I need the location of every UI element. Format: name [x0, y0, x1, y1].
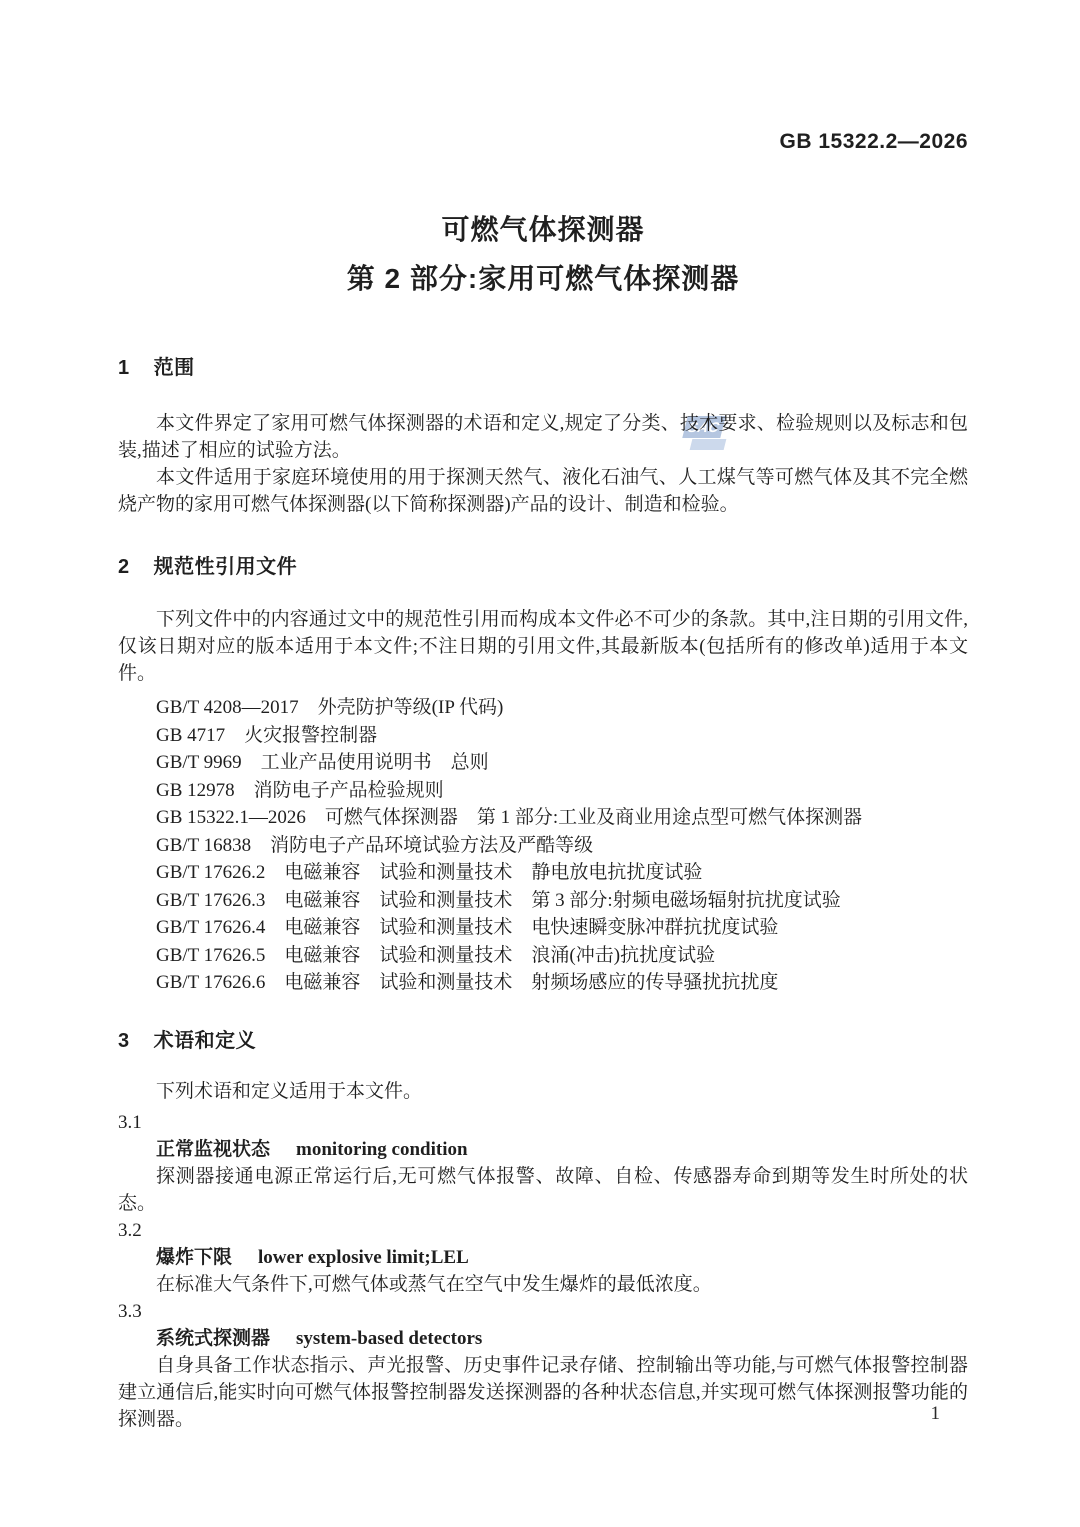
- reference-item: GB/T 16838 消防电子产品环境试验方法及严酷等级: [118, 832, 968, 860]
- term-chinese: 系统式探测器: [156, 1328, 270, 1349]
- standard-code: GB 15322.2—2026: [118, 130, 968, 154]
- term-entry-3-2: 3.2 爆炸下限lower explosive limit;LEL 在标准大气条…: [118, 1217, 968, 1298]
- term-definition: 探测器接通电源正常运行后,无可燃气体报警、故障、自检、传感器寿命到期等发生时所处…: [118, 1163, 968, 1217]
- term-name-line: 爆炸下限lower explosive limit;LEL: [118, 1244, 968, 1271]
- document-page: SAC GB 15322.2—2026 可燃气体探测器 第 2 部分:家用可燃气…: [0, 0, 1080, 1527]
- section-3-heading: 3术语和定义: [118, 1028, 968, 1054]
- term-english: system-based detectors: [296, 1328, 482, 1349]
- terms-intro-paragraph: 下列术语和定义适用于本文件。: [118, 1078, 968, 1105]
- terms-list: 3.1 正常监视状态monitoring condition 探测器接通电源正常…: [118, 1109, 968, 1433]
- section-normative-references: 2规范性引用文件 下列文件中的内容通过文中的规范性引用而构成本文件必不可少的条款…: [118, 554, 968, 997]
- term-chinese: 爆炸下限: [156, 1247, 232, 1268]
- term-name-line: 系统式探测器system-based detectors: [118, 1325, 968, 1352]
- term-chinese: 正常监视状态: [156, 1139, 270, 1160]
- section-terms-definitions: 3术语和定义 下列术语和定义适用于本文件。 3.1 正常监视状态monitori…: [118, 1028, 968, 1433]
- page-content: GB 15322.2—2026 可燃气体探测器 第 2 部分:家用可燃气体探测器…: [0, 130, 1080, 1433]
- document-title-line2: 第 2 部分:家用可燃气体探测器: [118, 261, 968, 297]
- reference-item: GB/T 17626.3 电磁兼容 试验和测量技术 第 3 部分:射频电磁场辐射…: [118, 887, 968, 915]
- term-english: lower explosive limit;LEL: [258, 1247, 469, 1268]
- reference-list: GB/T 4208—2017 外壳防护等级(IP 代码) GB 4717 火灾报…: [118, 694, 968, 997]
- section-2-title: 规范性引用文件: [154, 556, 298, 578]
- section-1-heading: 1范围: [118, 355, 968, 381]
- term-entry-3-1: 3.1 正常监视状态monitoring condition 探测器接通电源正常…: [118, 1109, 968, 1217]
- term-definition: 在标准大气条件下,可燃气体或蒸气在空气中发生爆炸的最低浓度。: [118, 1271, 968, 1298]
- term-entry-3-3: 3.3 系统式探测器system-based detectors 自身具备工作状…: [118, 1298, 968, 1433]
- reference-item: GB 15322.1—2026 可燃气体探测器 第 1 部分:工业及商业用途点型…: [118, 804, 968, 832]
- reference-item: GB/T 17626.2 电磁兼容 试验和测量技术 静电放电抗扰度试验: [118, 859, 968, 887]
- reference-item: GB/T 17626.6 电磁兼容 试验和测量技术 射频场感应的传导骚扰抗扰度: [118, 969, 968, 997]
- term-english: monitoring condition: [296, 1139, 468, 1160]
- section-2-number: 2: [118, 554, 130, 580]
- reference-item: GB 4717 火灾报警控制器: [118, 722, 968, 750]
- scope-paragraph-2: 本文件适用于家庭环境使用的用于探测天然气、液化石油气、人工煤气等可燃气体及其不完…: [118, 464, 968, 518]
- term-number: 3.3: [118, 1298, 968, 1325]
- reference-item: GB/T 17626.4 电磁兼容 试验和测量技术 电快速瞬变脉冲群抗扰度试验: [118, 914, 968, 942]
- reference-item: GB/T 9969 工业产品使用说明书 总则: [118, 749, 968, 777]
- term-number: 3.2: [118, 1217, 968, 1244]
- section-3-title: 术语和定义: [154, 1030, 257, 1052]
- section-1-number: 1: [118, 355, 130, 381]
- section-scope: 1范围 本文件界定了家用可燃气体探测器的术语和定义,规定了分类、技术要求、检验规…: [118, 355, 968, 518]
- reference-item: GB/T 17626.5 电磁兼容 试验和测量技术 浪涌(冲击)抗扰度试验: [118, 942, 968, 970]
- references-intro-paragraph: 下列文件中的内容通过文中的规范性引用而构成本文件必不可少的条款。其中,注日期的引…: [118, 606, 968, 687]
- section-2-heading: 2规范性引用文件: [118, 554, 968, 580]
- page-number: 1: [931, 1400, 941, 1427]
- reference-item: GB 12978 消防电子产品检验规则: [118, 777, 968, 805]
- section-1-title: 范围: [154, 357, 195, 379]
- term-number: 3.1: [118, 1109, 968, 1136]
- document-title-line1: 可燃气体探测器: [118, 212, 968, 248]
- section-3-number: 3: [118, 1028, 130, 1054]
- reference-item: GB/T 4208—2017 外壳防护等级(IP 代码): [118, 694, 968, 722]
- scope-paragraph-1: 本文件界定了家用可燃气体探测器的术语和定义,规定了分类、技术要求、检验规则以及标…: [118, 410, 968, 464]
- term-name-line: 正常监视状态monitoring condition: [118, 1136, 968, 1163]
- term-definition: 自身具备工作状态指示、声光报警、历史事件记录存储、控制输出等功能,与可燃气体报警…: [118, 1352, 968, 1433]
